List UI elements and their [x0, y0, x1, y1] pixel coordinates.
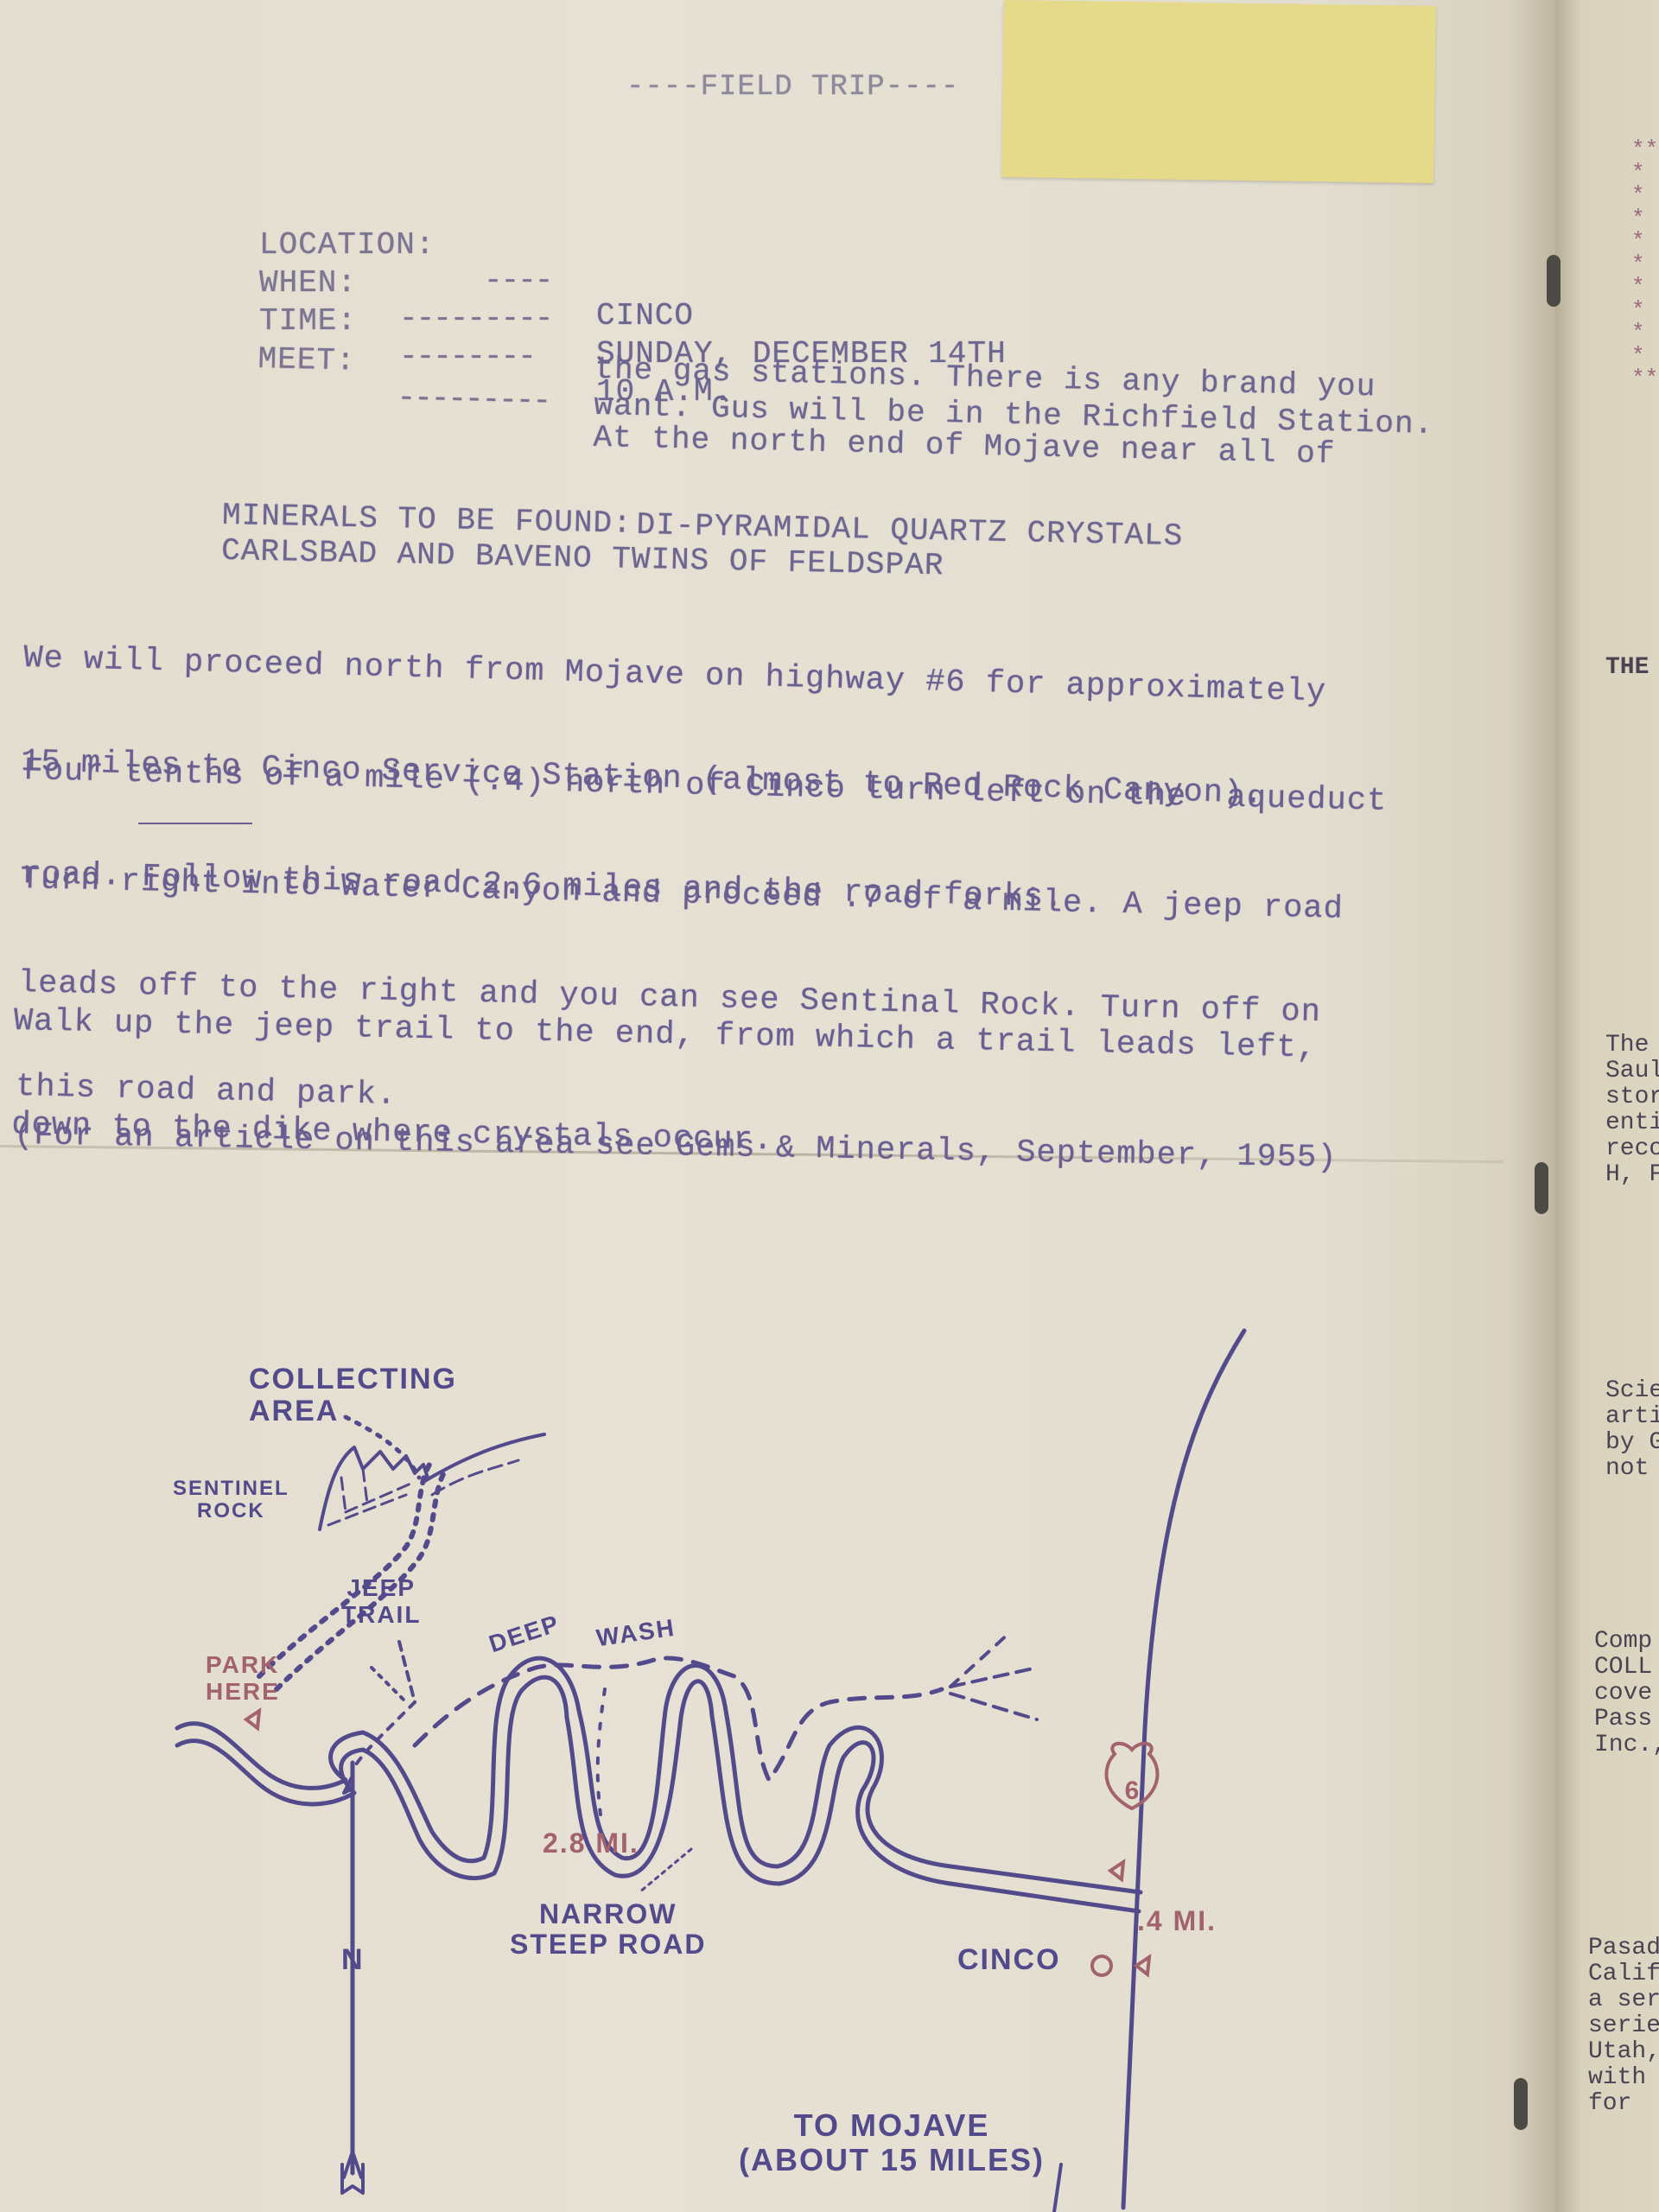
adjacent-fragment-4: Pasad Calif a ser serie Utah, with for — [1588, 1935, 1659, 2117]
highway-6-number: 6 — [1125, 1777, 1140, 1805]
highway-6-line — [1123, 1331, 1244, 2208]
detail-leader: -------- — [399, 339, 535, 374]
page-title: ----FIELD TRIP---- — [626, 71, 959, 104]
label-collecting-area: COLLECTING AREA — [249, 1363, 457, 1428]
label-north: N — [341, 1944, 365, 1976]
adjacent-heading: THE — [1605, 655, 1649, 681]
cinco-marker — [1092, 1956, 1111, 1975]
park-marker — [246, 1711, 259, 1728]
route-map: 6 — [0, 1296, 1555, 2212]
wash-fork-2 — [950, 1694, 1037, 1719]
decorative-asterisks: ** * * * * * * * * * ** — [1631, 138, 1658, 391]
detail-label: MEET: — [257, 341, 356, 379]
label-cinco: CINCO — [957, 1944, 1061, 1976]
wash-branch — [598, 1689, 605, 1815]
wash-fork-1 — [950, 1668, 1037, 1687]
binding-ring-hole — [1514, 2078, 1528, 2130]
detail-leader: ---- — [484, 263, 551, 298]
label-jeep-trail: JEEP TRAIL — [341, 1575, 421, 1629]
adjacent-fragment-3: Comp COLL cove Pass Inc., — [1594, 1629, 1659, 1758]
label-distance-2-8: 2.8 MI. — [543, 1828, 639, 1859]
detail-leader: --------- — [399, 301, 551, 336]
detail-value: CINCO — [596, 298, 694, 334]
typed-page: ----FIELD TRIP---- LOCATION: ---- CINCO … — [0, 0, 1555, 2212]
turnoff-marker — [1110, 1862, 1123, 1879]
underline-right — [138, 823, 252, 824]
sentinel-rock — [320, 1447, 428, 1529]
cinco-turn-marker — [1136, 1957, 1149, 1974]
adjacent-fragment-1: The Saul stor enti reco H, F — [1605, 1033, 1659, 1188]
aqueduct-road — [177, 1658, 1141, 1911]
adjacent-fragment-2: Scie arti by G not — [1605, 1378, 1659, 1482]
label-narrow-steep-road: NARROW STEEP ROAD — [510, 1899, 706, 1960]
detail-leader: --------- — [397, 380, 550, 419]
paragraph-line: (For an article on this area see Gems & … — [14, 1118, 1338, 1176]
label-to-mojave: TO MOJAVE (ABOUT 15 MILES) — [739, 2108, 1045, 2177]
sticky-note — [1001, 0, 1436, 183]
label-park-here: PARK HERE — [206, 1652, 280, 1706]
label-sentinel-rock: SENTINEL ROCK — [173, 1478, 289, 1523]
binding-ring-hole — [1547, 255, 1560, 307]
label-distance-0-4: .4 MI. — [1137, 1906, 1217, 1936]
paragraph-reference: (For an article on this area see Gems & … — [13, 1049, 1339, 1245]
binding-ring-hole — [1535, 1162, 1548, 1214]
paragraph-line: Turn right into Water Canyon and proceed… — [20, 862, 1344, 927]
